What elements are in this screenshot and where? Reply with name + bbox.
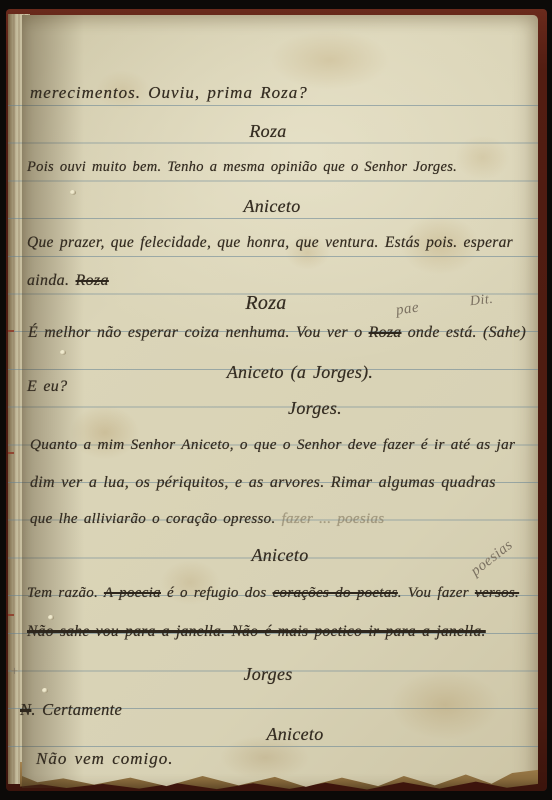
dialogue-line: que lhe alliviarão o coração opresso. fa… [30, 512, 384, 527]
dialogue-segment: É melhor não esperar coiza nenhuma. Vou … [28, 324, 369, 341]
speaker-heading: Jorges. [57, 399, 552, 417]
dialogue-line: Tem razão. A poecia é o refugio dos cora… [27, 586, 519, 601]
dialogue-segment: Tem razão. [27, 585, 104, 601]
margin-mark [8, 452, 14, 454]
dialogue-segment: ainda. [27, 272, 76, 289]
margin-mark [8, 330, 14, 332]
speaker-heading: Roza [8, 293, 524, 313]
dialogue-line: Pois ouvi muito bem. Tenho a mesma opini… [27, 160, 457, 175]
struck-text: Roza [76, 272, 109, 289]
faded-pencil-text: fazer ... poesias [282, 511, 385, 527]
dialogue-line: ainda. Roza [27, 273, 109, 289]
pencil-annotation-dit: Dit. [469, 292, 494, 310]
dialogue-line: Não vem comigo. [36, 750, 174, 767]
speaker-heading: Aniceto (a Jorges). [42, 363, 552, 381]
dialogue-line: Quanto a mim Senhor Aniceto, o que o Sen… [30, 437, 515, 452]
dialogue-segment: . Vou fazer [398, 585, 475, 601]
struck-text: N [20, 700, 31, 719]
speaker-heading: Roza [10, 122, 526, 140]
dialogue-segment: . Certamente [31, 700, 122, 719]
dialogue-line: Não sahe vou para a janella. Não é mais … [27, 624, 486, 640]
dialogue-line: É melhor não esperar coiza nenhuma. Vou … [28, 325, 526, 341]
speaker-heading: Aniceto [14, 197, 530, 215]
dialogue-segment: é o refugio dos [161, 585, 273, 601]
struck-text: versos. [475, 585, 519, 601]
dialogue-line: merecimentos. Ouviu, prima Roza? [30, 84, 308, 101]
speaker-heading: Aniceto [22, 546, 538, 564]
speaker-heading: Aniceto [37, 725, 552, 743]
struck-text: Roza [369, 324, 402, 341]
margin-mark [8, 614, 14, 616]
pencil-cross-mark: + [10, 663, 19, 679]
binding-hole [70, 190, 76, 195]
pencil-annotation-pae: pae [395, 299, 420, 319]
dialogue-line: E eu? [27, 379, 67, 395]
struck-text: A poecia [104, 585, 161, 601]
dialogue-line: dim ver a lua, os périquitos, e as arvor… [30, 475, 496, 491]
dialogue-line: N. Certamente [20, 702, 122, 719]
binding-hole [42, 688, 48, 693]
dialogue-line: Que prazer, que felecidade, que honra, q… [27, 235, 513, 251]
struck-text: Não sahe vou para a janella. Não é mais … [27, 623, 486, 640]
manuscript-scan: merecimentos. Ouviu, prima Roza? Roza Po… [0, 0, 552, 800]
struck-text: corações do poetas [273, 585, 398, 601]
binding-hole [60, 350, 66, 355]
dialogue-segment: que lhe alliviarão o coração opresso. [30, 511, 282, 527]
binding-hole [48, 615, 54, 620]
speaker-heading: Jorges [10, 665, 526, 683]
dialogue-segment: onde está. (Sahe) [401, 324, 526, 341]
